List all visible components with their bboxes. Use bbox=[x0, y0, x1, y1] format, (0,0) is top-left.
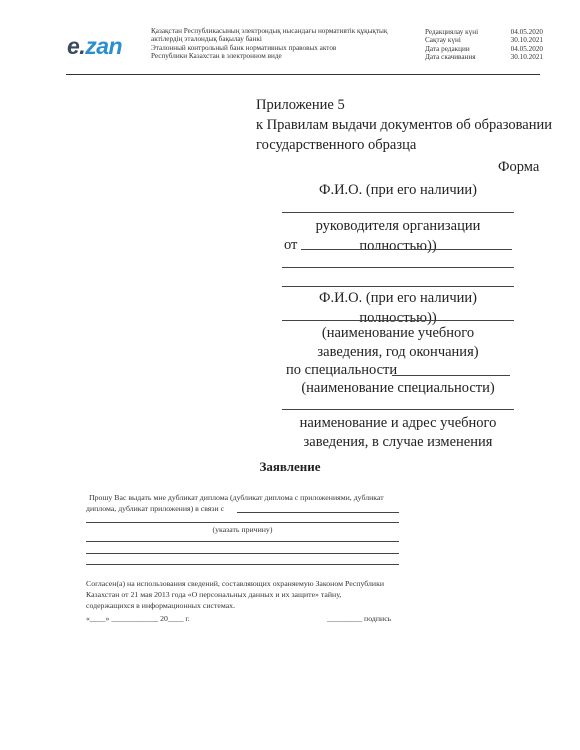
blank-line[interactable] bbox=[86, 553, 399, 554]
consent-text-2: Казахстан от 21 мая 2013 года «О персона… bbox=[86, 589, 341, 600]
meta-row: Дата скачивания30.10.2021 bbox=[425, 53, 543, 61]
header-meta: Редакциялау күні04.05.2020 Сақтау күні30… bbox=[425, 28, 543, 61]
request-text-1: Прошу Вас выдать мне дубликат диплома (д… bbox=[89, 492, 384, 503]
from-label: от bbox=[284, 235, 297, 255]
header-description: Қазақстан Республикасының электрондық ны… bbox=[151, 27, 391, 61]
blank-line[interactable] bbox=[282, 212, 514, 213]
reason-blank-line[interactable] bbox=[86, 522, 399, 523]
reason-blank-line[interactable] bbox=[237, 512, 399, 513]
specialty-label: по специальности bbox=[286, 360, 397, 380]
fio-head-label: Ф.И.О. (при его наличии) bbox=[282, 180, 514, 200]
consent-text-1: Согласен(а) на использования сведений, с… bbox=[86, 578, 384, 589]
fio-full-label: Ф.И.О. (при его наличии) полностью)) bbox=[282, 288, 514, 328]
head-full-label: руководителя организации полностью)) bbox=[282, 216, 514, 256]
blank-line[interactable] bbox=[282, 286, 514, 287]
blank-line[interactable] bbox=[282, 267, 514, 268]
blank-line[interactable] bbox=[86, 564, 399, 565]
signature-field[interactable]: _________ подпись bbox=[327, 613, 391, 624]
request-text-2: диплома, дубликат приложения) в связи с bbox=[86, 503, 224, 514]
meta-row: Редакциялау күні04.05.2020 bbox=[425, 28, 543, 36]
consent-text-3: содержащихся в информационных системах. bbox=[86, 600, 235, 611]
date-field[interactable]: «____» ____________ 20____ г. bbox=[86, 613, 190, 624]
address-label-2: заведения, в случае изменения bbox=[282, 432, 514, 452]
blank-line[interactable] bbox=[86, 541, 399, 542]
blank-line[interactable] bbox=[282, 409, 514, 410]
address-label-1: наименование и адрес учебного bbox=[282, 413, 514, 433]
meta-row: Сақтау күні30.10.2021 bbox=[425, 36, 543, 44]
header-divider bbox=[66, 74, 540, 75]
from-blank-line[interactable] bbox=[301, 249, 512, 250]
ezan-logo: e.zan bbox=[67, 33, 122, 60]
meta-row: Дата редакции04.05.2020 bbox=[425, 45, 543, 53]
specialty-blank-line[interactable] bbox=[392, 375, 510, 376]
blank-line[interactable] bbox=[282, 320, 514, 321]
form-label: Форма bbox=[498, 157, 539, 177]
statement-title: Заявление bbox=[0, 459, 580, 475]
school-label-1: (наименование учебного bbox=[282, 323, 514, 343]
specialty-name-label: (наименование специальности) bbox=[282, 378, 514, 398]
reason-hint: (указать причину) bbox=[86, 524, 399, 535]
school-label-2: заведения, год окончания) bbox=[282, 342, 514, 362]
appendix-heading: Приложение 5 к Правилам выдачи документо… bbox=[256, 95, 552, 155]
